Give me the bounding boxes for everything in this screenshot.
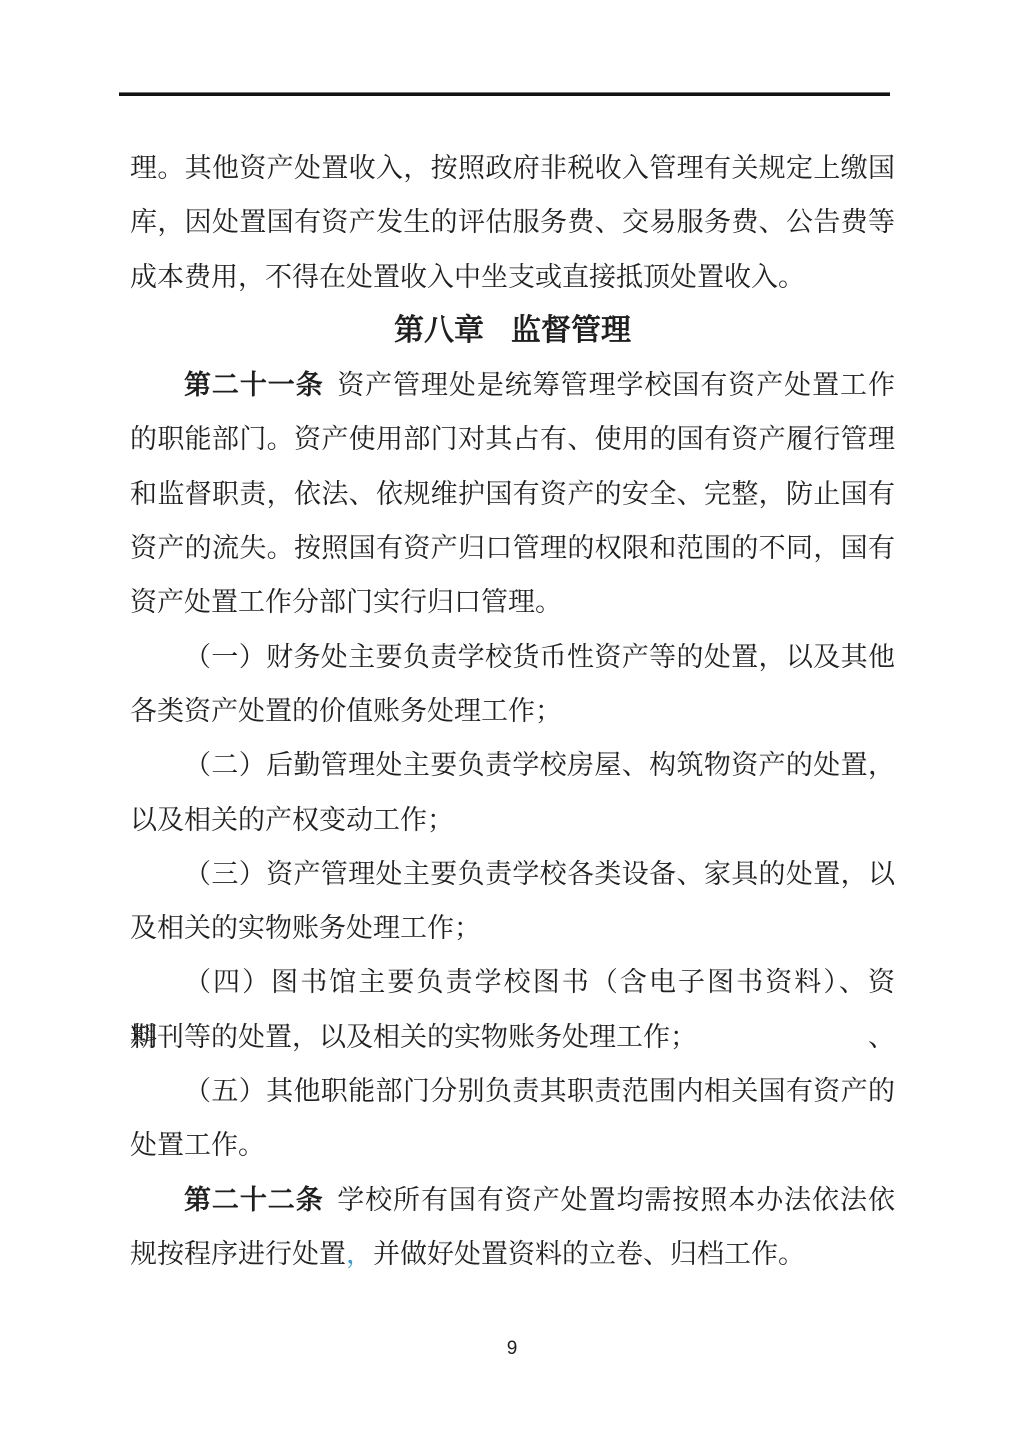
article-21-item-1-line-1: （一）财务处主要负责学校货币性资产等的处置，以及其他 [130, 630, 895, 684]
article-21-label: 第二十一条 [184, 370, 324, 400]
article-21-line-2: 的职能部门。资产使用部门对其占有、使用的国有资产履行管理 [130, 412, 895, 466]
article-21-line-1: 第二十一条资产管理处是统筹管理学校国有资产处置工作 [130, 358, 895, 412]
article-21-item-5-line-1: （五）其他职能部门分别负责其职责范围内相关国有资产的 [130, 1064, 895, 1118]
article-21-item-5-line-2: 处置工作。 [130, 1118, 895, 1172]
chapter-heading: 第八章监督管理 [130, 304, 895, 358]
article-21-item-4-line-1: （四）图书馆主要负责学校图书（含电子图书资料）、资料、 [130, 955, 895, 1009]
article-21-item-1-line-2: 各类资产处置的价值账务处理工作； [130, 684, 895, 738]
page-number: 9 [0, 1338, 1024, 1360]
article-22-line-2-blue-comma: ， [346, 1239, 373, 1269]
para-continuation-line-2: 库，因处置国有资产发生的评估服务费、交易服务费、公告费等 [130, 195, 895, 249]
chapter-number: 第八章 [394, 314, 484, 347]
para-continuation-line-1: 理。其他资产处置收入，按照政府非税收入管理有关规定上缴国 [130, 141, 895, 195]
article-22-line-2-part1: 规按程序进行处置 [130, 1239, 346, 1269]
article-21-line-3: 和监督职责，依法、依规维护国有资产的安全、完整，防止国有 [130, 467, 895, 521]
article-22-line-1-text: 学校所有国有资产处置均需按照本办法依法依 [337, 1185, 895, 1215]
article-21-item-3-line-2: 及相关的实物账务处理工作； [130, 901, 895, 955]
chapter-title: 监督管理 [511, 314, 631, 347]
document-page: 理。其他资产处置收入，按照政府非税收入管理有关规定上缴国 库，因处置国有资产发生… [0, 0, 1024, 1448]
article-21-line-1-text: 资产管理处是统筹管理学校国有资产处置工作 [337, 370, 895, 400]
article-21-line-5: 资产处置工作分部门实行归口管理。 [130, 575, 895, 629]
article-21-item-2-line-2: 以及相关的产权变动工作； [130, 793, 895, 847]
article-22-label: 第二十二条 [184, 1185, 324, 1215]
article-21-item-2-line-1: （二）后勤管理处主要负责学校房屋、构筑物资产的处置， [130, 738, 895, 792]
article-21-item-3-line-1: （三）资产管理处主要负责学校各类设备、家具的处置，以 [130, 847, 895, 901]
article-22-line-1: 第二十二条学校所有国有资产处置均需按照本办法依法依 [130, 1173, 895, 1227]
document-body: 理。其他资产处置收入，按照政府非税收入管理有关规定上缴国 库，因处置国有资产发生… [130, 141, 895, 1281]
header-rule [119, 92, 890, 96]
para-continuation-line-3: 成本费用，不得在处置收入中坐支或直接抵顶处置收入。 [130, 250, 895, 304]
article-22-line-2-part2: 并做好处置资料的立卷、归档工作。 [373, 1239, 805, 1269]
article-22-line-2: 规按程序进行处置，并做好处置资料的立卷、归档工作。 [130, 1227, 895, 1281]
article-21-line-4: 资产的流失。按照国有资产归口管理的权限和范围的不同，国有 [130, 521, 895, 575]
